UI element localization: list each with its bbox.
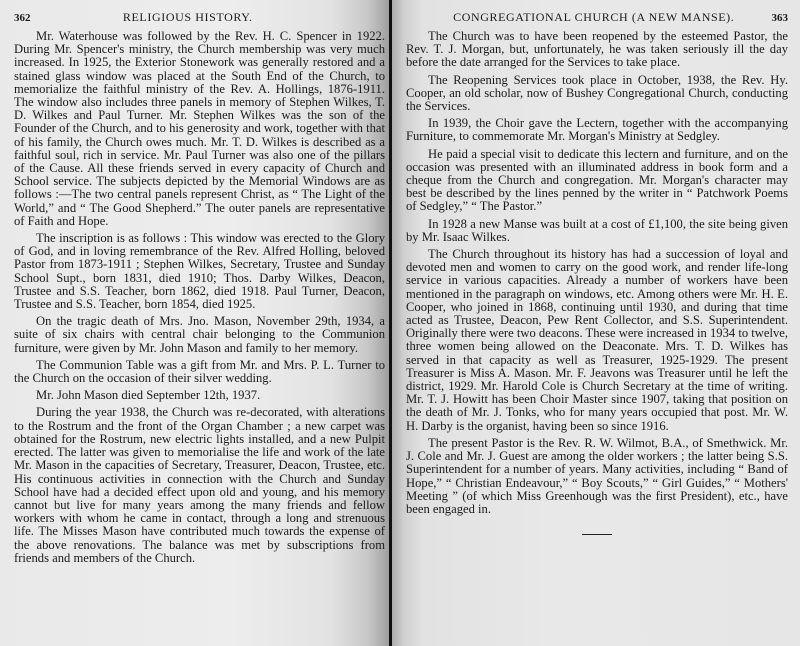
paragraph: Mr. Waterhouse was followed by the Rev. …: [14, 30, 385, 228]
left-page: 362 RELIGIOUS HISTORY. Mr. Waterhouse wa…: [0, 0, 391, 646]
paragraph: The inscription is as follows : This win…: [14, 232, 385, 311]
page-number: 362: [14, 12, 31, 24]
paragraph: Mr. John Mason died September 12th, 1937…: [14, 389, 385, 402]
paragraph: The Communion Table was a gift from Mr. …: [14, 359, 385, 385]
right-page: CONGREGATIONAL CHURCH (A NEW MANSE). 363…: [391, 0, 800, 646]
book-spine-gutter: [389, 0, 392, 646]
running-head: CONGREGATIONAL CHURCH (A NEW MANSE).: [406, 10, 772, 25]
paragraph: During the year 1938, the Church was re-…: [14, 406, 385, 564]
paragraph: The Church was to have been reopened by …: [406, 30, 788, 70]
paragraph: The Church throughout its history has ha…: [406, 248, 788, 433]
page-number: 363: [772, 12, 789, 24]
left-page-header: 362 RELIGIOUS HISTORY.: [14, 10, 385, 24]
running-head: RELIGIOUS HISTORY.: [31, 10, 386, 25]
paragraph: In 1939, the Choir gave the Lectern, tog…: [406, 117, 788, 143]
paragraph: The Reopening Services took place in Oct…: [406, 74, 788, 114]
paragraph: On the tragic death of Mrs. Jno. Mason, …: [14, 315, 385, 355]
section-end-rule: [582, 534, 612, 535]
paragraph: The present Pastor is the Rev. R. W. Wil…: [406, 437, 788, 516]
paragraph: In 1928 a new Manse was built at a cost …: [406, 218, 788, 244]
paragraph: He paid a special visit to dedicate this…: [406, 148, 788, 214]
right-page-header: CONGREGATIONAL CHURCH (A NEW MANSE). 363: [406, 10, 788, 24]
book-spread: 362 RELIGIOUS HISTORY. Mr. Waterhouse wa…: [0, 0, 800, 646]
